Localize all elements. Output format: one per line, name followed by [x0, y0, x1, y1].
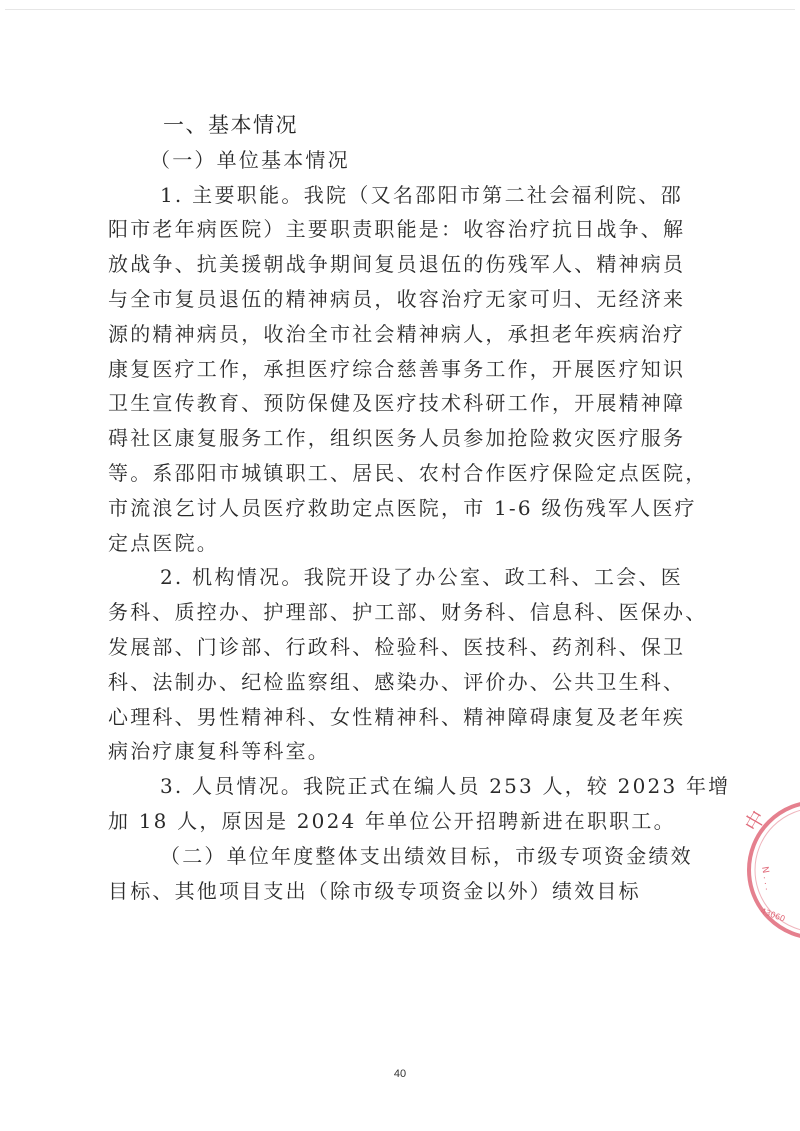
- text-line: 科、法制办、纪检监察组、感染办、评价办、公共卫生科、: [108, 665, 683, 700]
- text-line: 阳市老年病医院）主要职责职能是：收容治疗抗日战争、解: [108, 212, 683, 247]
- paragraph-personnel: 3. 人员情况。我院正式在编人员 253 人，较 2023 年增 加 18 人，…: [108, 769, 683, 839]
- svg-text:中: 中: [742, 806, 770, 835]
- official-seal-icon: 中 N . . . 43060: [742, 795, 800, 945]
- text-line: 务科、质控办、护理部、护工部、财务科、信息科、医保办、: [108, 595, 683, 630]
- svg-text:N . . .: N . . .: [759, 866, 773, 891]
- paragraph-organization: 2. 机构情况。我院开设了办公室、政工科、工会、医 务科、质控办、护理部、护工部…: [108, 560, 683, 769]
- section-heading: 一、基本情况: [108, 108, 683, 143]
- subsection-heading-2: （二）单位年度整体支出绩效目标，市级专项资金绩效 目标、其他项目支出（除市级专项…: [108, 839, 683, 909]
- text-line: 康复医疗工作，承担医疗综合慈善事务工作，开展医疗知识: [108, 352, 683, 387]
- text-line: 定点医院。: [108, 526, 683, 561]
- paragraph-main-functions: 1. 主要职能。我院（又名邵阳市第二社会福利院、邵 阳市老年病医院）主要职责职能…: [108, 178, 683, 561]
- subsection-heading-1: （一）单位基本情况: [108, 143, 683, 178]
- text-line: 1. 主要职能。我院（又名邵阳市第二社会福利院、邵: [108, 178, 683, 213]
- text-line: 卫生宣传教育、预防保健及医疗技术科研工作，开展精神障: [108, 386, 683, 421]
- text-line: 发展部、门诊部、行政科、检验科、医技科、药剂科、保卫: [108, 630, 683, 665]
- page-number: 40: [0, 1068, 800, 1080]
- text-line: 病治疗康复科等科室。: [108, 734, 683, 769]
- text-line: （二）单位年度整体支出绩效目标，市级专项资金绩效: [108, 839, 683, 874]
- document-page: 一、基本情况 （一）单位基本情况 1. 主要职能。我院（又名邵阳市第二社会福利院…: [108, 108, 683, 908]
- text-line: 与全市复员退伍的精神病员，收容治疗无家可归、无经济来: [108, 282, 683, 317]
- top-rule: [5, 9, 795, 10]
- text-line: 3. 人员情况。我院正式在编人员 253 人，较 2023 年增: [108, 769, 683, 804]
- text-line: 2. 机构情况。我院开设了办公室、政工科、工会、医: [108, 560, 683, 595]
- text-line: 加 18 人，原因是 2024 年单位公开招聘新进在职职工。: [108, 804, 683, 839]
- text-line: 碍社区康复服务工作，组织医务人员参加抢险救灾医疗服务: [108, 421, 683, 456]
- text-line: 等。系邵阳市城镇职工、居民、农村合作医疗保险定点医院，: [108, 456, 683, 491]
- text-line: 目标、其他项目支出（除市级专项资金以外）绩效目标: [108, 874, 683, 909]
- text-line: 心理科、男性精神科、女性精神科、精神障碍康复及老年疾: [108, 700, 683, 735]
- text-line: 市流浪乞讨人员医疗救助定点医院，市 1-6 级伤残军人医疗: [108, 491, 683, 526]
- text-line: 源的精神病员，收治全市社会精神病人，承担老年疾病治疗: [108, 317, 683, 352]
- text-line: 放战争、抗美援朝战争期间复员退伍的伤残军人、精神病员: [108, 247, 683, 282]
